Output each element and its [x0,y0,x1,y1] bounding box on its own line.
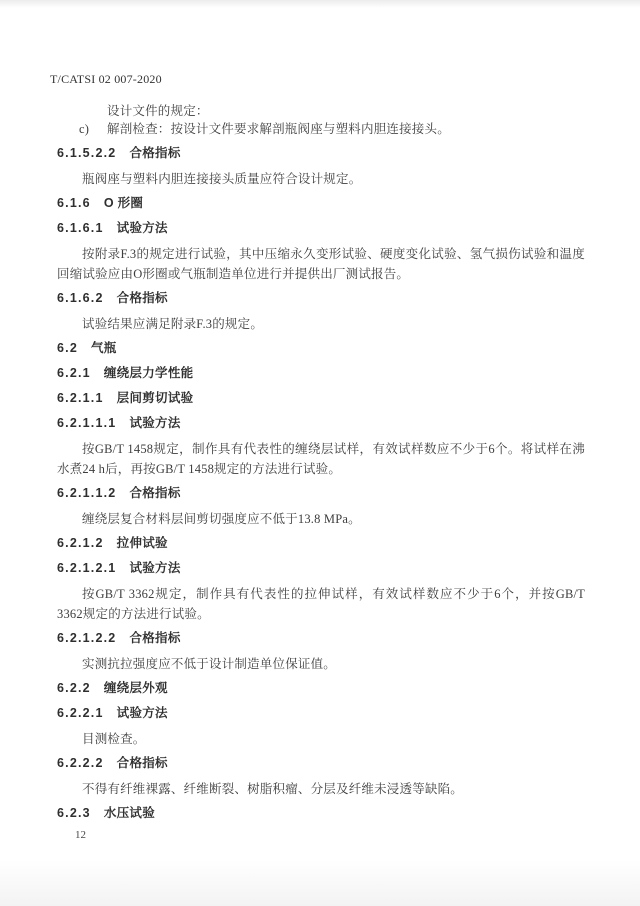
body-paragraph: 按附录F.3的规定进行试验，其中压缩永久变形试验、硬度变化试验、氢气损伤试验和温… [57,244,585,284]
body-paragraph: 瓶阀座与塑料内胆连接接头质量应符合设计规定。 [57,169,585,189]
list-item-text: 解剖检查：按设计文件要求解剖瓶阀座与塑料内胆连接接头。 [107,120,585,138]
clause-number: 6.2.3 [57,806,91,820]
clause-heading: 6.2.1缠绕层力学性能 [57,364,585,382]
clause-number: 6.2.2.2 [57,756,104,770]
clause-number: 6.2.1.1 [57,391,104,405]
body-paragraph: 按GB/T 3362规定，制作具有代表性的拉伸试样，有效试样数应不少于6个，并按… [57,584,585,624]
clause-heading: 6.2气瓶 [57,339,585,357]
clause-title: 气瓶 [91,341,117,355]
clause-title: 试验方法 [117,706,168,720]
clause-number: 6.1.6.1 [57,221,104,235]
clause-number: 6.1.5.2.2 [57,146,116,160]
body-paragraph: 按GB/T 1458规定，制作具有代表性的缠绕层试样，有效试样数应不少于6个。将… [57,439,585,479]
clause-heading: 6.2.2.2合格指标 [57,754,585,772]
clause-heading: 6.2.2.1试验方法 [57,704,585,722]
body-paragraph: 实测抗拉强度应不低于设计制造单位保证值。 [57,654,585,674]
clause-title: 拉伸试验 [117,536,168,550]
page-top-edge-shadow [0,0,640,8]
clause-title: O 形圈 [104,196,143,210]
clause-title: 缠绕层外观 [104,681,168,695]
clause-heading: 6.1.6O 形圈 [57,194,585,212]
body-paragraph: 试验结果应满足附录F.3的规定。 [57,314,585,334]
clause-heading: 6.2.1.2拉伸试验 [57,534,585,552]
clause-title: 试验方法 [129,416,180,430]
clause-number: 6.1.6.2 [57,291,104,305]
clause-heading: 6.2.1.1层间剪切试验 [57,389,585,407]
clause-heading: 6.1.6.1试验方法 [57,219,585,237]
clause-number: 6.2.1.1.2 [57,486,116,500]
clause-title: 缠绕层力学性能 [104,366,194,380]
clause-number: 6.2.1.2 [57,536,104,550]
clause-title: 合格指标 [129,146,180,160]
document-page: T/CATSI 02 007-2020 设计文件的规定：c)解剖检查：按设计文件… [0,0,640,906]
clause-heading: 6.2.1.2.1试验方法 [57,559,585,577]
clause-number: 6.2.1.2.1 [57,561,116,575]
clause-number: 6.2.2.1 [57,706,104,720]
document-body: 设计文件的规定：c)解剖检查：按设计文件要求解剖瓶阀座与塑料内胆连接接头。6.1… [57,102,585,829]
clause-heading: 6.1.6.2合格指标 [57,289,585,307]
clause-number: 6.2.1.1.1 [57,416,116,430]
list-item: c)解剖检查：按设计文件要求解剖瓶阀座与塑料内胆连接接头。 [57,120,585,138]
clause-number: 6.2.2 [57,681,91,695]
page-bottom-edge-shadow [0,860,640,906]
clause-title: 合格指标 [117,756,168,770]
clause-title: 合格指标 [129,631,180,645]
clause-heading: 6.2.1.1.1试验方法 [57,414,585,432]
clause-heading: 6.2.2缠绕层外观 [57,679,585,697]
clause-number: 6.1.6 [57,196,91,210]
list-continuation-text: 设计文件的规定： [107,102,585,120]
clause-title: 水压试验 [104,806,155,820]
body-paragraph: 缠绕层复合材料层间剪切强度应不低于13.8 MPa。 [57,509,585,529]
body-paragraph: 不得有纤维裸露、纤维断裂、树脂积瘤、分层及纤维未浸透等缺陷。 [57,779,585,799]
clause-number: 6.2 [57,341,78,355]
clause-title: 试验方法 [129,561,180,575]
clause-title: 层间剪切试验 [117,391,194,405]
clause-heading: 6.2.3水压试验 [57,804,585,822]
clause-heading: 6.1.5.2.2合格指标 [57,144,585,162]
list-item-marker: c) [79,120,107,138]
clause-number: 6.2.1 [57,366,91,380]
clause-title: 试验方法 [117,221,168,235]
body-paragraph: 目测检查。 [57,729,585,749]
clause-heading: 6.2.1.2.2合格指标 [57,629,585,647]
page-number: 12 [75,829,86,841]
clause-title: 合格指标 [117,291,168,305]
clause-number: 6.2.1.2.2 [57,631,116,645]
clause-title: 合格指标 [129,486,180,500]
standard-number-header: T/CATSI 02 007-2020 [50,72,162,87]
clause-heading: 6.2.1.1.2合格指标 [57,484,585,502]
